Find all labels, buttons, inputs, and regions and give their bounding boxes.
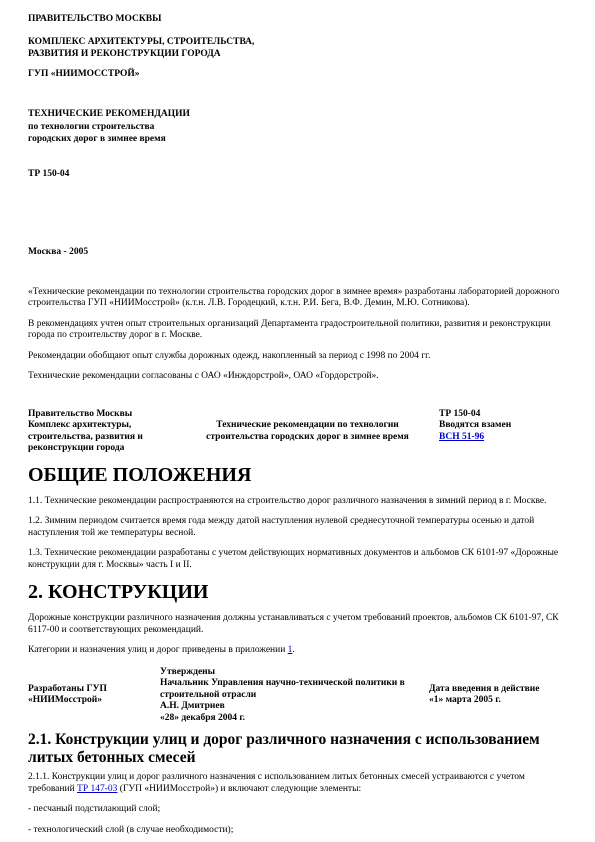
constructions-paragraph: Дорожные конструкции различного назначен… — [28, 613, 567, 636]
doc-header-authority: Правительство Москвы Комплекс архитектур… — [28, 409, 176, 455]
approval-approved-by: Утверждены Начальник Управления научно-т… — [160, 667, 428, 725]
doc-title: ТЕХНИЧЕСКИЕ РЕКОМЕНДАЦИИ по технологии с… — [28, 108, 567, 146]
general-provisions-heading: ОБЩИЕ ПОЛОЖЕНИЯ — [28, 463, 567, 487]
categories-paragraph: Категории и назначения улиц и дорог прив… — [28, 645, 567, 657]
city-year: Москва - 2005 — [28, 246, 567, 258]
doc-header-replaces-label: Вводятся взамен — [439, 420, 567, 432]
intro-paragraph-4: Технические рекомендации согласованы с О… — [28, 371, 567, 383]
approval-approved-date: «28» декабря 2004 г. — [160, 713, 428, 725]
approval-approver-name: А.Н. Дмитриев — [160, 701, 428, 713]
doc-title-line3: городских дорог в зимнее время — [28, 133, 567, 146]
approval-effective-label: Дата введения в действие — [429, 684, 567, 696]
approval-approver-position: Начальник Управления научно-технической … — [160, 678, 428, 701]
categories-suffix: . — [292, 645, 294, 655]
doc-header-number: ТР 150-04 Вводятся взамен ВСН 51-96 — [439, 409, 567, 444]
clause-2-1-1-suffix: (ГУП «НИИМосстрой») и включают следующие… — [117, 784, 361, 794]
section-2-1-heading: 2.1. Конструкции улиц и дорог различного… — [28, 731, 567, 766]
constructions-heading: 2. КОНСТРУКЦИИ — [28, 580, 567, 604]
clause-2-1-1: 2.1.1. Конструкции улиц и дорог различно… — [28, 772, 567, 795]
org-complex: КОМПЛЕКС АРХИТЕКТУРЫ, СТРОИТЕЛЬСТВА, РАЗ… — [28, 36, 567, 60]
doc-number: ТР 150-04 — [28, 168, 567, 180]
list-item-sand-layer: - песчаный подстилающий слой; — [28, 804, 567, 816]
org-government: ПРАВИТЕЛЬСТВО МОСКВЫ — [28, 13, 567, 25]
categories-text: Категории и назначения улиц и дорог прив… — [28, 645, 288, 655]
approval-effective-value: «1» марта 2005 г. — [429, 695, 567, 707]
org-complex-line1: КОМПЛЕКС АРХИТЕКТУРЫ, СТРОИТЕЛЬСТВА, — [28, 36, 567, 48]
clause-1-2: 1.2. Зимним периодом считается время год… — [28, 516, 567, 539]
doc-header-number-line: ТР 150-04 — [439, 409, 567, 421]
list-item-tech-layer: - технологический слой (в случае необход… — [28, 825, 567, 837]
doc-title-line1: ТЕХНИЧЕСКИЕ РЕКОМЕНДАЦИИ — [28, 108, 567, 121]
doc-header-title: Технические рекомендации по технологии с… — [176, 420, 439, 443]
approval-effective-date: Дата введения в действие «1» марта 2005 … — [429, 684, 567, 707]
clause-1-3: 1.3. Технические рекомендации разработан… — [28, 548, 567, 571]
tr-147-03-link[interactable]: ТР 147-03 — [77, 784, 117, 794]
org-complex-line2: РАЗВИТИЯ И РЕКОНСТРУКЦИИ ГОРОДА — [28, 48, 567, 60]
clause-1-1: 1.1. Технические рекомендации распростра… — [28, 496, 567, 508]
intro-paragraph-3: Рекомендации обобщают опыт службы дорожн… — [28, 351, 567, 363]
elements-list: - песчаный подстилающий слой; - технолог… — [28, 804, 567, 836]
intro-paragraph-2: В рекомендациях учтен опыт строительных … — [28, 319, 567, 342]
doc-title-line2: по технологии строительства — [28, 121, 567, 134]
org-company: ГУП «НИИМОССТРОЙ» — [28, 68, 567, 80]
approval-developed-by: Разработаны ГУП «НИИМосстрой» — [28, 684, 146, 707]
approval-approved-label: Утверждены — [160, 667, 428, 679]
approval-table: Разработаны ГУП «НИИМосстрой» Утверждены… — [28, 667, 567, 725]
document-page: ПРАВИТЕЛЬСТВО МОСКВЫ КОМПЛЕКС АРХИТЕКТУР… — [0, 0, 595, 842]
vsn-51-96-link[interactable]: ВСН 51-96 — [439, 432, 484, 442]
intro-paragraph-1: «Технические рекомендации по технологии … — [28, 287, 567, 310]
doc-header-table: Правительство Москвы Комплекс архитектур… — [28, 409, 567, 455]
intro-section: «Технические рекомендации по технологии … — [28, 287, 567, 383]
